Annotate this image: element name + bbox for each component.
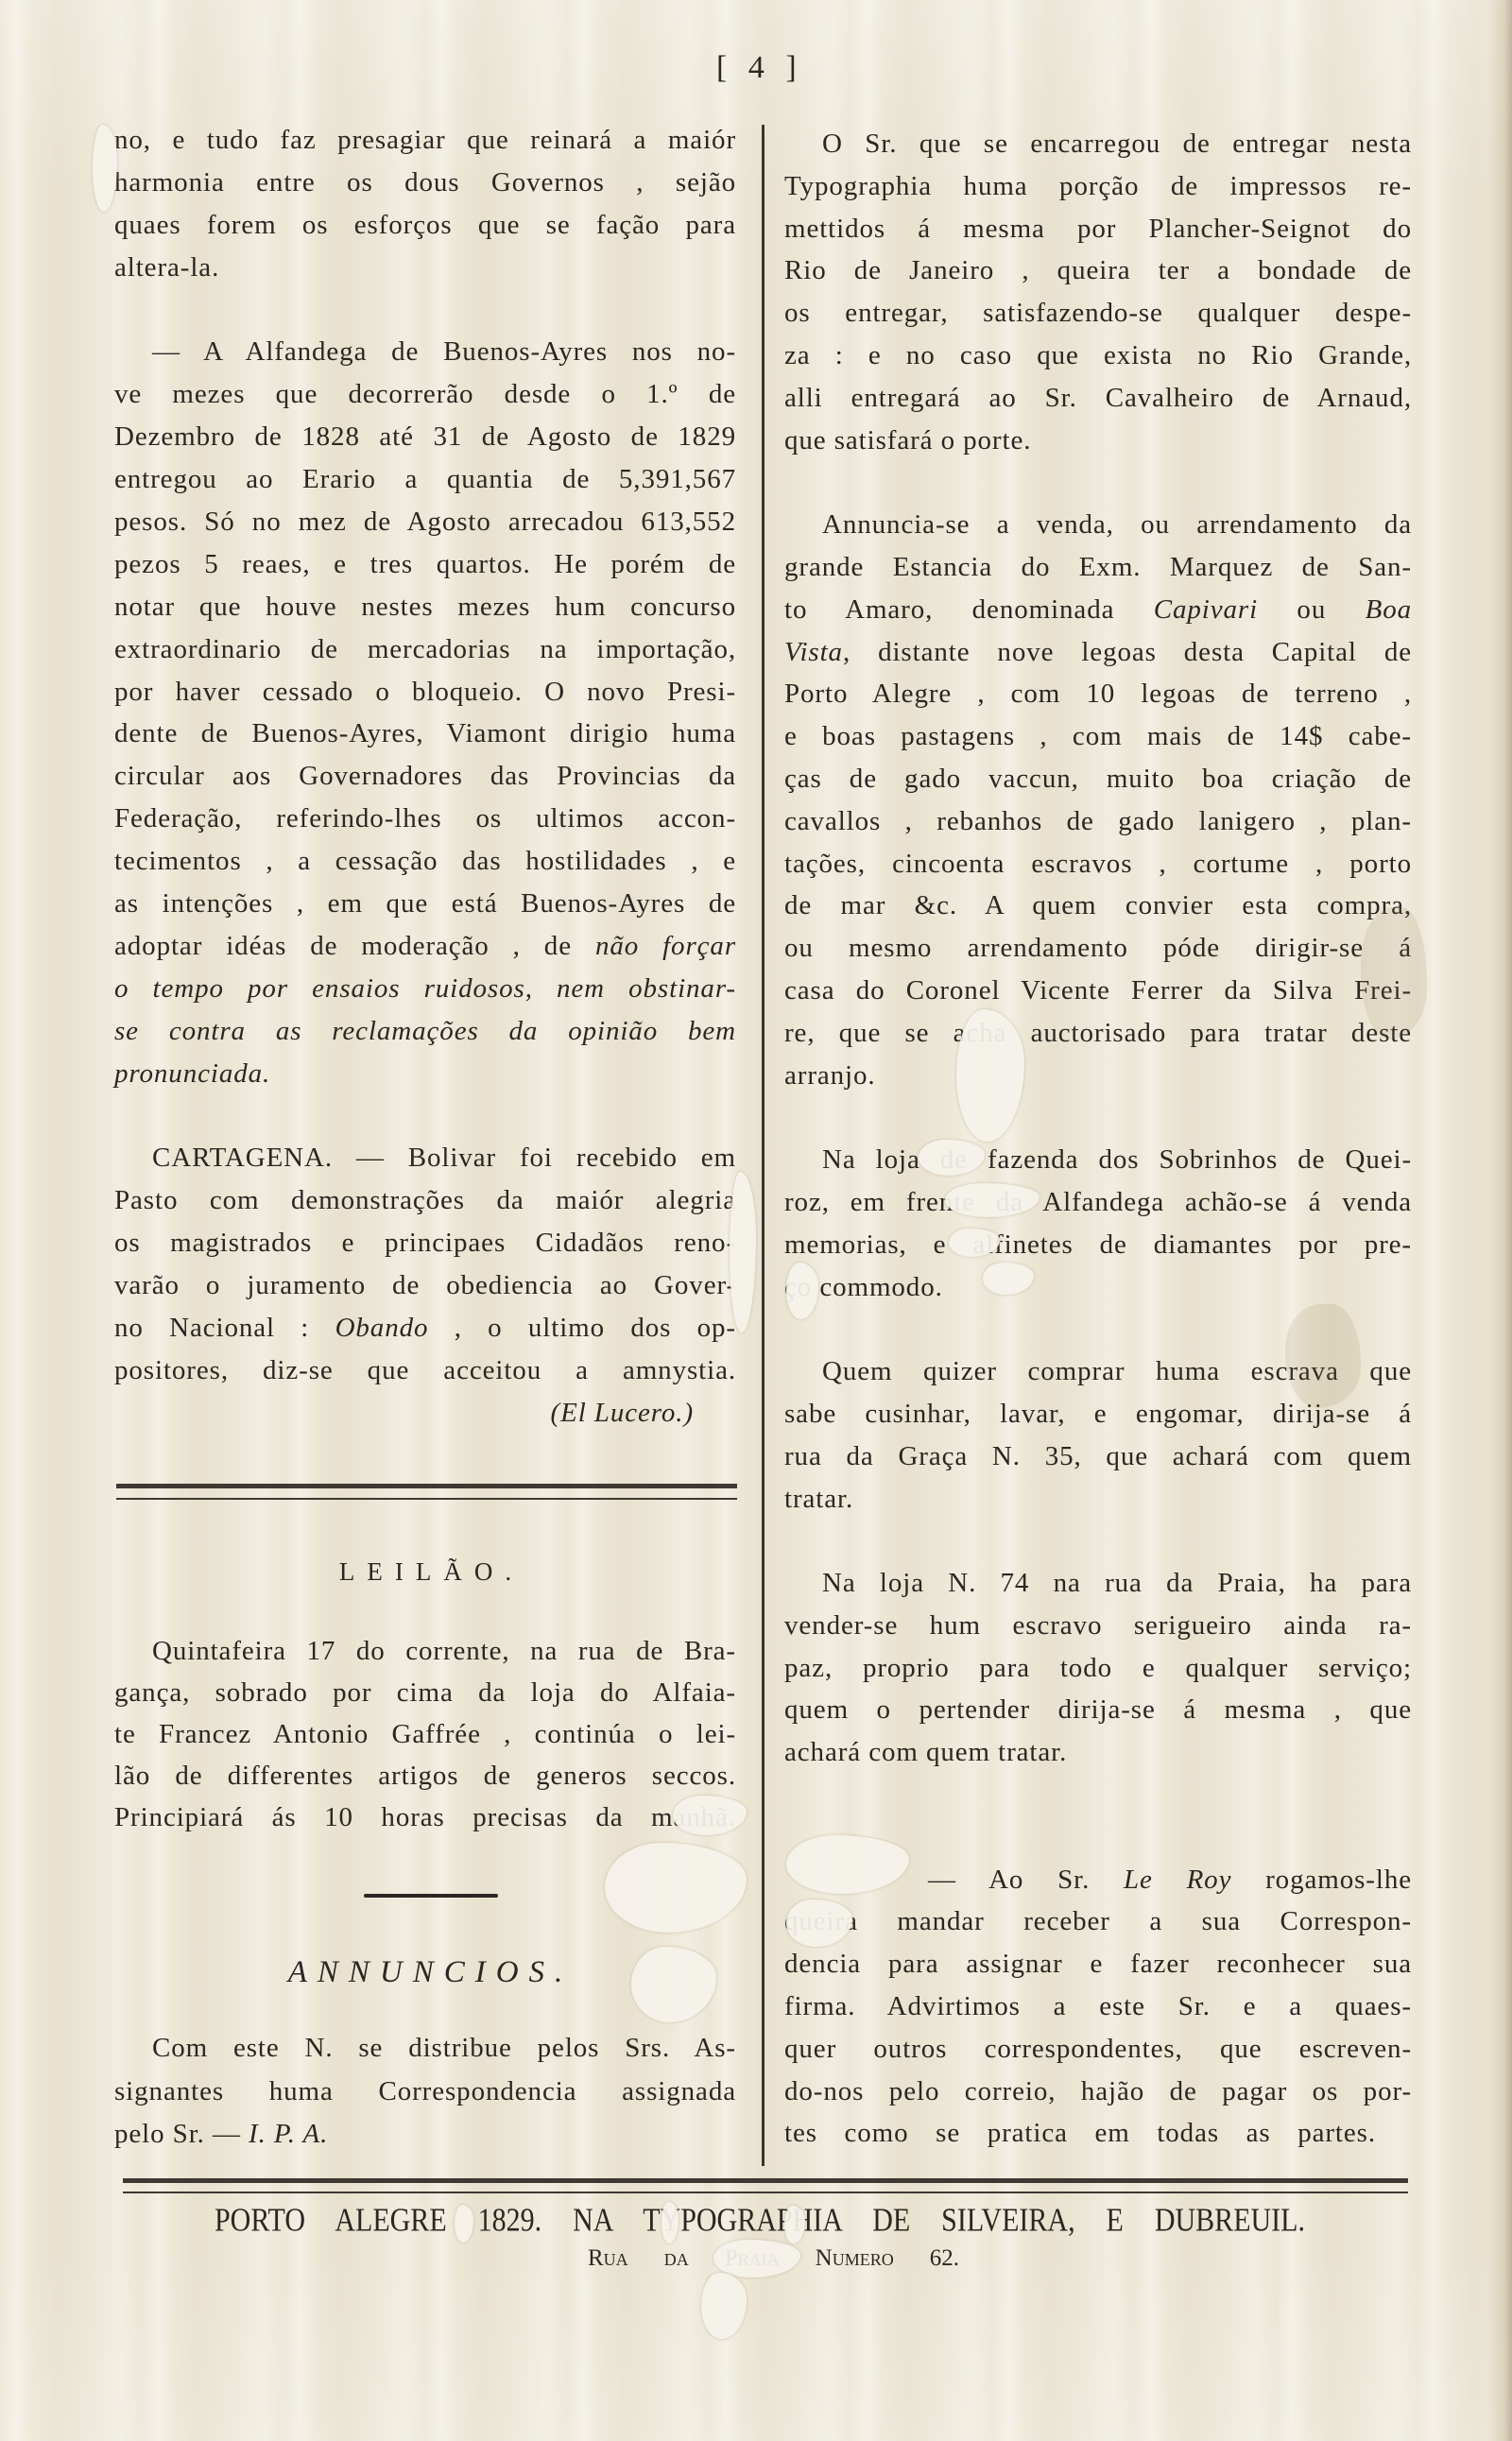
- text-line: altera-la.: [114, 247, 736, 289]
- paper-damage-patch: [730, 1172, 756, 1332]
- text-line: lão de differentes artigos de generos se…: [114, 1755, 736, 1796]
- text-line: e boas pastagens , com mais de 14$ cabe-: [784, 715, 1412, 758]
- text-line: Principiará ás 10 horas precisas da manh…: [114, 1796, 736, 1838]
- text-line: CARTAGENA. — Bolivar foi recebido em: [114, 1137, 736, 1179]
- paragraph-gap: [114, 289, 736, 332]
- text-segment: rogamos-lhe: [1231, 1865, 1412, 1895]
- text-line: tações, cincoenta escravos , cortume , p…: [784, 843, 1412, 885]
- italic-text: não forçar: [595, 931, 736, 961]
- text-segment: no Nacional :: [114, 1313, 335, 1343]
- text-line: tecimentos , a cessação das hostilidades…: [114, 840, 736, 883]
- text-line: ou mesmo arrendamento póde dirigir-se á: [784, 927, 1412, 970]
- text-line: ve mezes que decorrerão desde o 1.º de: [114, 373, 736, 416]
- text-line: gança, sobrado por cima da loja do Alfai…: [114, 1672, 736, 1713]
- text-line: casa do Coronel Vicente Ferrer da Silva …: [784, 970, 1412, 1012]
- text-line: harmonia entre os dous Governos , sejão: [114, 162, 736, 204]
- notice-typographia: O Sr. que se encarregou de entregar nest…: [784, 123, 1412, 461]
- text-line: pezos 5 reaes, e tres quartos. He porém …: [114, 543, 736, 586]
- text-segment: , distante nove legoas desta Capital de: [843, 637, 1412, 667]
- footer-double-rule: [123, 2178, 1408, 2193]
- paragraph-gap: [784, 1774, 1412, 1816]
- paper-stain: [1361, 907, 1427, 1040]
- text-line: roz, em frente da Alfandega achão-se á v…: [784, 1181, 1412, 1224]
- annuncios-notice: Com este N. se distribue pelos Srs. As- …: [114, 2027, 736, 2157]
- text-line: tratar.: [784, 1478, 1412, 1521]
- leilao-notice: Quintafeira 17 do corrente, na rua de Br…: [114, 1630, 736, 1838]
- notice-le-roy: — Ao Sr. Le Roy rogamos-lhe queira manda…: [784, 1859, 1412, 2156]
- text-line: quer outros correspondentes, que escreve…: [784, 2028, 1412, 2071]
- short-rule: [364, 1894, 498, 1898]
- text-line: Annuncia-se a venda, ou arrendamento da: [784, 504, 1412, 546]
- text-line: paz, proprio para todo e qualquer serviç…: [784, 1647, 1412, 1690]
- text-segment: to Amaro, denominada: [784, 594, 1154, 625]
- text-line: os entregar, satisfazendo-se qualquer de…: [784, 292, 1412, 335]
- text-line: grande Estancia do Exm. Marquez de San-: [784, 546, 1412, 589]
- paragraph-gap: [114, 1094, 736, 1137]
- text-line: ço commodo.: [784, 1266, 1412, 1309]
- text-line: extraordinario de mercadorias na importa…: [114, 628, 736, 671]
- text-line: re, que se acha auctorisado para tratar …: [784, 1012, 1412, 1055]
- text-line: cavallos , rebanhos de gado lanigero , p…: [784, 800, 1412, 843]
- text-segment: , o ultimo dos op-: [428, 1313, 736, 1343]
- text-segment: ou: [1258, 594, 1366, 625]
- text-line: no Nacional : Obando , o ultimo dos op-: [114, 1307, 736, 1349]
- text-line: Dezembro de 1828 até 31 de Agosto de 182…: [114, 416, 736, 458]
- text-line: no, e tudo faz presagiar que reinará a m…: [114, 119, 736, 162]
- paragraph-gap: [784, 1520, 1412, 1562]
- paper-damage-patch: [701, 2273, 747, 2339]
- text-line: ças de gado vaccun, muito boa criação de: [784, 758, 1412, 800]
- text-line: memorias, e alfinetes de diamantes por p…: [784, 1224, 1412, 1266]
- text-line: dencia para assignar e fazer reconhecer …: [784, 1943, 1412, 1985]
- text-line: alli entregará ao Sr. Cavalheiro de Arna…: [784, 377, 1412, 420]
- section-double-rule: [116, 1484, 737, 1500]
- text-line: Quintafeira 17 do corrente, na rua de Br…: [114, 1630, 736, 1672]
- text-segment: — Ao Sr.: [928, 1865, 1124, 1895]
- source-attribution: (El Lucero.): [114, 1392, 736, 1435]
- column-divider: [762, 125, 765, 2166]
- italic-text: Obando: [335, 1313, 429, 1343]
- article-cartagena: CARTAGENA. — Bolivar foi recebido em Pas…: [114, 1137, 736, 1434]
- footer-imprint: PORTO ALEGRE 1829. NA TYPOGRAPHIA DE SIL…: [215, 2199, 1305, 2243]
- notice-escravo: Na loja N. 74 na rua da Praia, ha para v…: [784, 1562, 1412, 1774]
- text-line: tes como se pratica em todas as partes.: [784, 2112, 1412, 2155]
- italic-text: Vista: [784, 637, 843, 667]
- text-line: arranjo.: [784, 1055, 1412, 1097]
- text-line: varão o juramento de obediencia ao Gover…: [114, 1264, 736, 1307]
- left-column-articles: no, e tudo faz presagiar que reinará a m…: [114, 119, 736, 1435]
- text-line: rua da Graça N. 35, que achará com quem: [784, 1435, 1412, 1478]
- text-line: circular aos Governadores das Provincias…: [114, 755, 736, 798]
- italic-text: I. P. A.: [249, 2119, 328, 2149]
- paragraph-gap: [784, 1096, 1412, 1139]
- text-line: Porto Alegre , com 10 legoas de terreno …: [784, 673, 1412, 715]
- text-segment: adoptar idéas de moderação , de: [114, 931, 595, 961]
- text-line: de mar &c. A quem convier esta compra,: [784, 885, 1412, 927]
- text-line: O Sr. que se encarregou de entregar nest…: [784, 123, 1412, 165]
- text-line: — A Alfandega de Buenos-Ayres nos no-: [114, 331, 736, 373]
- text-line: os magistrados e principaes Cidadãos ren…: [114, 1222, 736, 1264]
- text-line: Vista, distante nove legoas desta Capita…: [784, 631, 1412, 674]
- text-line: te Francez Antonio Gaffrée , continúa o …: [114, 1713, 736, 1755]
- section-heading-leilao: LEILÃO.: [114, 1553, 736, 1590]
- text-line: dente de Buenos-Ayres, Viamont dirigio h…: [114, 713, 736, 755]
- text-line: Pasto com demonstrações da maiór alegria: [114, 1179, 736, 1222]
- notice-loja-queiroz: Na loja de fazenda dos Sobrinhos de Quei…: [784, 1139, 1412, 1308]
- text-line: to Amaro, denominada Capivari ou Boa: [784, 589, 1412, 631]
- text-line: Na loja de fazenda dos Sobrinhos de Quei…: [784, 1139, 1412, 1181]
- article-continuation: no, e tudo faz presagiar que reinará a m…: [114, 119, 736, 289]
- italic-text-line: pronunciada.: [114, 1053, 736, 1095]
- text-line: mettidos á mesma por Plancher-Seignot do: [784, 208, 1412, 250]
- page-number: [ 4 ]: [716, 43, 820, 93]
- text-line: quem o pertender dirija-se á mesma , que: [784, 1689, 1412, 1731]
- text-line: za : e no caso que exista no Rio Grande,: [784, 335, 1412, 377]
- text-line: pesos. Só no mez de Agosto arrecadou 613…: [114, 501, 736, 543]
- text-line: notar que houve nestes mezes hum concurs…: [114, 586, 736, 628]
- article-buenos-ayres: — A Alfandega de Buenos-Ayres nos no- ve…: [114, 331, 736, 1094]
- notice-estancia: Annuncia-se a venda, ou arrendamento da …: [784, 504, 1412, 1096]
- text-line: por haver cessado o bloqueio. O novo Pre…: [114, 671, 736, 713]
- paragraph-gap: [784, 461, 1412, 504]
- paper-damage-patch: [605, 1843, 747, 1933]
- text-line: entregou ao Erario a quantia de 5,391,56…: [114, 458, 736, 501]
- text-segment: pelo Sr. —: [114, 2119, 249, 2149]
- text-line: Na loja N. 74 na rua da Praia, ha para: [784, 1562, 1412, 1605]
- italic-text: Capivari: [1154, 594, 1258, 625]
- text-line: firma. Advirtimos a este Sr. e a quaes-: [784, 1985, 1412, 2028]
- text-line: adoptar idéas de moderação , de não forç…: [114, 925, 736, 968]
- paper-stain: [1285, 1304, 1361, 1408]
- italic-text: Boa: [1366, 594, 1412, 625]
- text-line: achará com quem tratar.: [784, 1731, 1412, 1774]
- text-line: queira mandar receber a sua Correspon-: [784, 1900, 1412, 1943]
- text-line: do-nos pelo correio, hajão de pagar os p…: [784, 2071, 1412, 2113]
- text-line: que satisfará o porte.: [784, 420, 1412, 462]
- text-line: Com este N. se distribue pelos Srs. As-: [114, 2027, 736, 2071]
- paper-damage-patch: [631, 1947, 716, 2022]
- italic-text: Le Roy: [1124, 1865, 1231, 1895]
- italic-text-line: o tempo por ensaios ruidosos, nem obstin…: [114, 968, 736, 1010]
- text-line: signantes huma Correspondencia assignada: [114, 2071, 736, 2114]
- text-line: quaes forem os esforços que se fação par…: [114, 204, 736, 247]
- text-line: Rio de Janeiro , queira ter a bondade de: [784, 249, 1412, 292]
- text-line: as intenções , em que está Buenos-Ayres …: [114, 883, 736, 925]
- italic-text-line: se contra as reclamações da opinião bem: [114, 1010, 736, 1053]
- text-line: Federação, referindo-lhes os ultimos acc…: [114, 798, 736, 840]
- text-line: positores, diz-se que acceitou a amnysti…: [114, 1349, 736, 1392]
- text-line: Typographia huma porção de impressos re-: [784, 165, 1412, 208]
- text-line: vender-se hum escravo serigueiro ainda r…: [784, 1605, 1412, 1647]
- text-line: pelo Sr. — I. P. A.: [114, 2113, 736, 2157]
